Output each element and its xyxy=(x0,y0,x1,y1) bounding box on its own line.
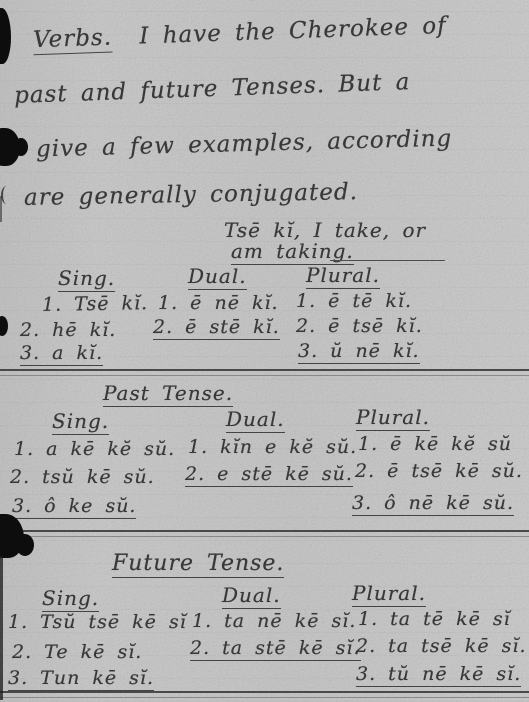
future-cell-2-dual: 2. ta stē kē sĭ. xyxy=(190,637,361,661)
intro-line-3: give a few examples, according xyxy=(36,126,453,163)
example-heading-line-2-text: am taking. xyxy=(231,239,354,265)
manuscript-page: Verbs. I have the Cherokee of past and f… xyxy=(0,0,529,702)
past-cell-1-dual: 1. kĭn e kĕ sŭ. xyxy=(188,436,357,458)
past-header-dual: Dual. xyxy=(226,407,285,431)
future-header-plural: Plural. xyxy=(352,581,426,605)
future-cell-3-sing: 3. Tun kē sĭ. xyxy=(8,667,154,691)
edge-mark xyxy=(0,196,2,222)
section-divider-3 xyxy=(0,691,529,698)
ink-speck-left xyxy=(0,316,8,336)
future-header-sing: Sing. xyxy=(42,586,99,610)
present-cell-1-plural: 1. ē tē kĭ. xyxy=(296,290,412,312)
ink-blot-left-middle-bump xyxy=(14,138,28,156)
present-cell-2-sing: 2. hē kĭ. xyxy=(20,319,116,341)
present-header-sing: Sing. xyxy=(58,266,115,290)
intro-line-1-rest: I have the Cherokee of xyxy=(139,13,447,50)
future-cell-1-sing: 1. Tsŭ tsē kē sĭ xyxy=(8,611,187,633)
past-header-sing: Sing. xyxy=(52,409,109,433)
past-cell-2-sing: 2. tsŭ kē sŭ. xyxy=(10,466,155,488)
past-cell-1-sing: 1. a kē kĕ sŭ. xyxy=(14,438,175,460)
present-cell-2-plural: 2. ē tsē kĭ. xyxy=(296,315,423,337)
future-cell-1-plural: 1. ta tē kē sĭ xyxy=(358,608,511,630)
heading-underline-extension xyxy=(330,260,445,261)
verbs-keyword: Verbs. xyxy=(33,24,113,55)
ink-blot-top-left xyxy=(0,8,11,64)
section-divider-2 xyxy=(0,530,529,537)
past-header-plural: Plural. xyxy=(356,405,430,429)
present-cell-1-dual: 1. ē nē kĭ. xyxy=(158,292,279,314)
intro-line-1: Verbs. I have the Cherokee of xyxy=(33,13,447,53)
past-cell-3-sing: 3. ô ke sŭ. xyxy=(12,495,136,519)
binding-shadow-streak xyxy=(0,556,3,700)
present-cell-3-plural: 3. ŭ nē kĭ. xyxy=(298,340,420,364)
present-cell-1-sing: 1. Tsē kĭ. xyxy=(42,292,148,316)
section-divider-1 xyxy=(0,369,529,376)
future-cell-2-plural: 2. ta tsē kē sĭ. xyxy=(356,635,527,657)
past-cell-3-plural: 3. ô nē kē sŭ. xyxy=(352,492,514,516)
past-cell-2-plural: 2. ē tsē kē sŭ. xyxy=(355,460,523,482)
past-tense-title: Past Tense. xyxy=(103,381,233,405)
present-cell-3-sing: 3. a kĭ. xyxy=(20,342,103,366)
future-cell-2-sing: 2. Te kē sĭ. xyxy=(12,641,142,663)
intro-line-4: are generally conjugated. xyxy=(24,179,358,211)
cutoff-stroke-mark xyxy=(1,186,12,204)
present-header-plural: Plural. xyxy=(306,263,380,287)
past-cell-2-dual: 2. e stē kē sŭ. xyxy=(185,463,353,487)
future-header-dual: Dual. xyxy=(222,583,281,607)
future-cell-3-plural: 3. tŭ nē kē sĭ. xyxy=(356,663,521,687)
present-header-dual: Dual. xyxy=(188,264,247,288)
present-cell-2-dual: 2. ē stē kĭ. xyxy=(153,316,280,340)
ink-blot-bottom-left-bump xyxy=(16,534,34,556)
past-cell-1-plural: 1. ē kē kĕ sŭ xyxy=(358,433,512,455)
intro-line-2: past and future Tenses. But a xyxy=(14,69,411,109)
future-cell-1-dual: 1. ta nē kē sĭ. xyxy=(192,610,356,632)
future-tense-title: Future Tense. xyxy=(112,551,284,576)
